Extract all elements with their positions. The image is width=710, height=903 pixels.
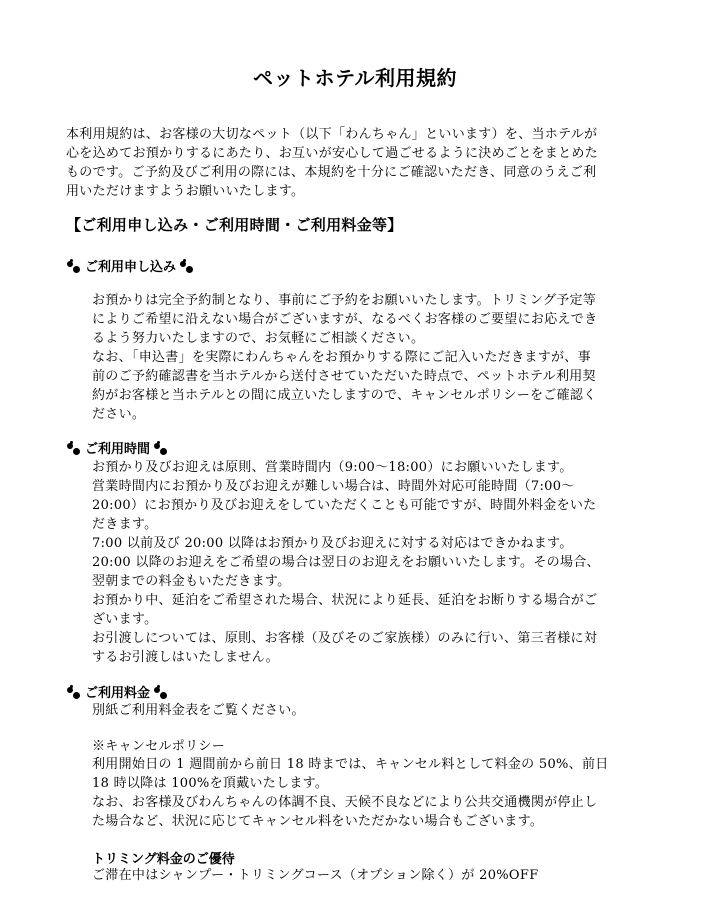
subheading-hours: ご利用時間 [66,438,169,457]
body-line: するお引渡しはいたしません。 [92,648,279,667]
paw-icon [153,441,169,455]
paw-icon [179,259,195,273]
trimming-heading: トリミング料金のご優待 [92,848,235,867]
intro-line: 用いただけますようお願いいたします。 [66,182,304,201]
body-line: るよう努力いたしますので、お気軽にご相談ください。 [92,329,424,348]
body-line: なお、「申込書」を実際にわんちゃんをお預かりする際にご記入いただきますが、事 [92,348,591,367]
paw-icon [66,685,82,699]
page-title: ペットホテル利用規約 [0,62,710,91]
body-line: 約がお客様と当ホテルとの間に成立いたしますので、キャンセルポリシーをご確認く [92,386,597,405]
body-line: お預かり中、延泊をご希望された場合、状況により延長、延泊をお断りする場合がご [92,591,597,610]
body-line: 前のご予約確認書を当ホテルから送付させていただいた時点で、ペットホテル利用契 [92,367,596,386]
body-line: だきます。 [92,515,157,534]
body-line: 営業時間内にお預かり及びお迎えが難しい場合は、時間外対応可能時間（7:00〜 [92,477,575,496]
subheading-application: ご利用申し込み [66,256,195,275]
intro-line: 本利用規約は、お客様の大切なペット（以下「わんちゃん」といいます）を、当ホテルが [66,125,597,144]
body-line: お預かり及びお迎えは原則、営業時間内（9:00〜18:00）にお願いいたします。 [92,458,573,477]
cancel-policy-line: た場合など、状況に応じてキャンセル料をいただかない場合もございます。 [92,812,543,831]
body-line: 翌朝までの料金もいただきます。 [92,572,290,591]
paw-icon [153,685,169,699]
document-page: ペットホテル利用規約 本利用規約は、お客様の大切なペット（以下「わんちゃん」とい… [0,0,710,903]
subheading-fees: ご利用料金 [66,682,169,701]
body-line: ださい。 [92,405,145,424]
paw-icon [66,441,82,455]
body-line: 20:00）にお預かり及びお迎えをしていただくことも可能ですが、時間外料金をいた [92,496,596,515]
subheading-label: ご利用申し込み [85,256,176,275]
subheading-label: ご利用時間 [85,438,150,457]
paw-icon [66,259,82,273]
body-line: 20:00 以降のお迎えをご希望の場合は翌日のお迎えをお願いいたします。その場合… [92,553,600,572]
body-line: ざいます。 [92,610,157,629]
body-line: お預かりは完全予約制となり、事前にご予約をお願いいたします。トリミング予定等 [92,291,596,310]
body-line: 7:00 以前及び 20:00 以降はお預かり及びお迎えに対する対応はできかねま… [92,534,573,553]
intro-line: 心を込めてお預かりするにあたり、お互いが安心して過ごせるように決めごとをまとめた [66,144,598,163]
intro-line: ものです。ご予約及びご利用の際には、本規約を十分にご確認いただき、同意のうえご利 [66,163,596,182]
trimming-text: ご滞在中はシャンプー・トリミングコース（オプション除く）が 20%OFF [92,866,539,885]
cancel-policy-line: 18 時以降は 100%を頂戴いたします。 [92,774,328,793]
body-line: によりご希望に沿えない場合がございますが、なるべくお客様のご要望にお応えでき [92,310,597,329]
subheading-label: ご利用料金 [85,682,150,701]
cancel-policy-line: 利用開始日の 1 週間前から前日 18 時までは、キャンセル料として料金の 50… [92,755,609,774]
cancel-policy-label: ※キャンセルポリシー [92,737,225,756]
cancel-policy-line: なお、お客様及びわんちゃんの体調不良、天候不良などにより公共交通機関が停止し [92,793,597,812]
body-line: お引渡しについては、原則、お客様（及びそのご家族様）のみに行い、第三者様に対 [92,629,597,648]
body-line: 別紙ご利用料金表をご覧ください。 [92,701,305,720]
section-heading: 【ご利用申し込み・ご利用時間・ご利用料金等】 [66,214,403,235]
